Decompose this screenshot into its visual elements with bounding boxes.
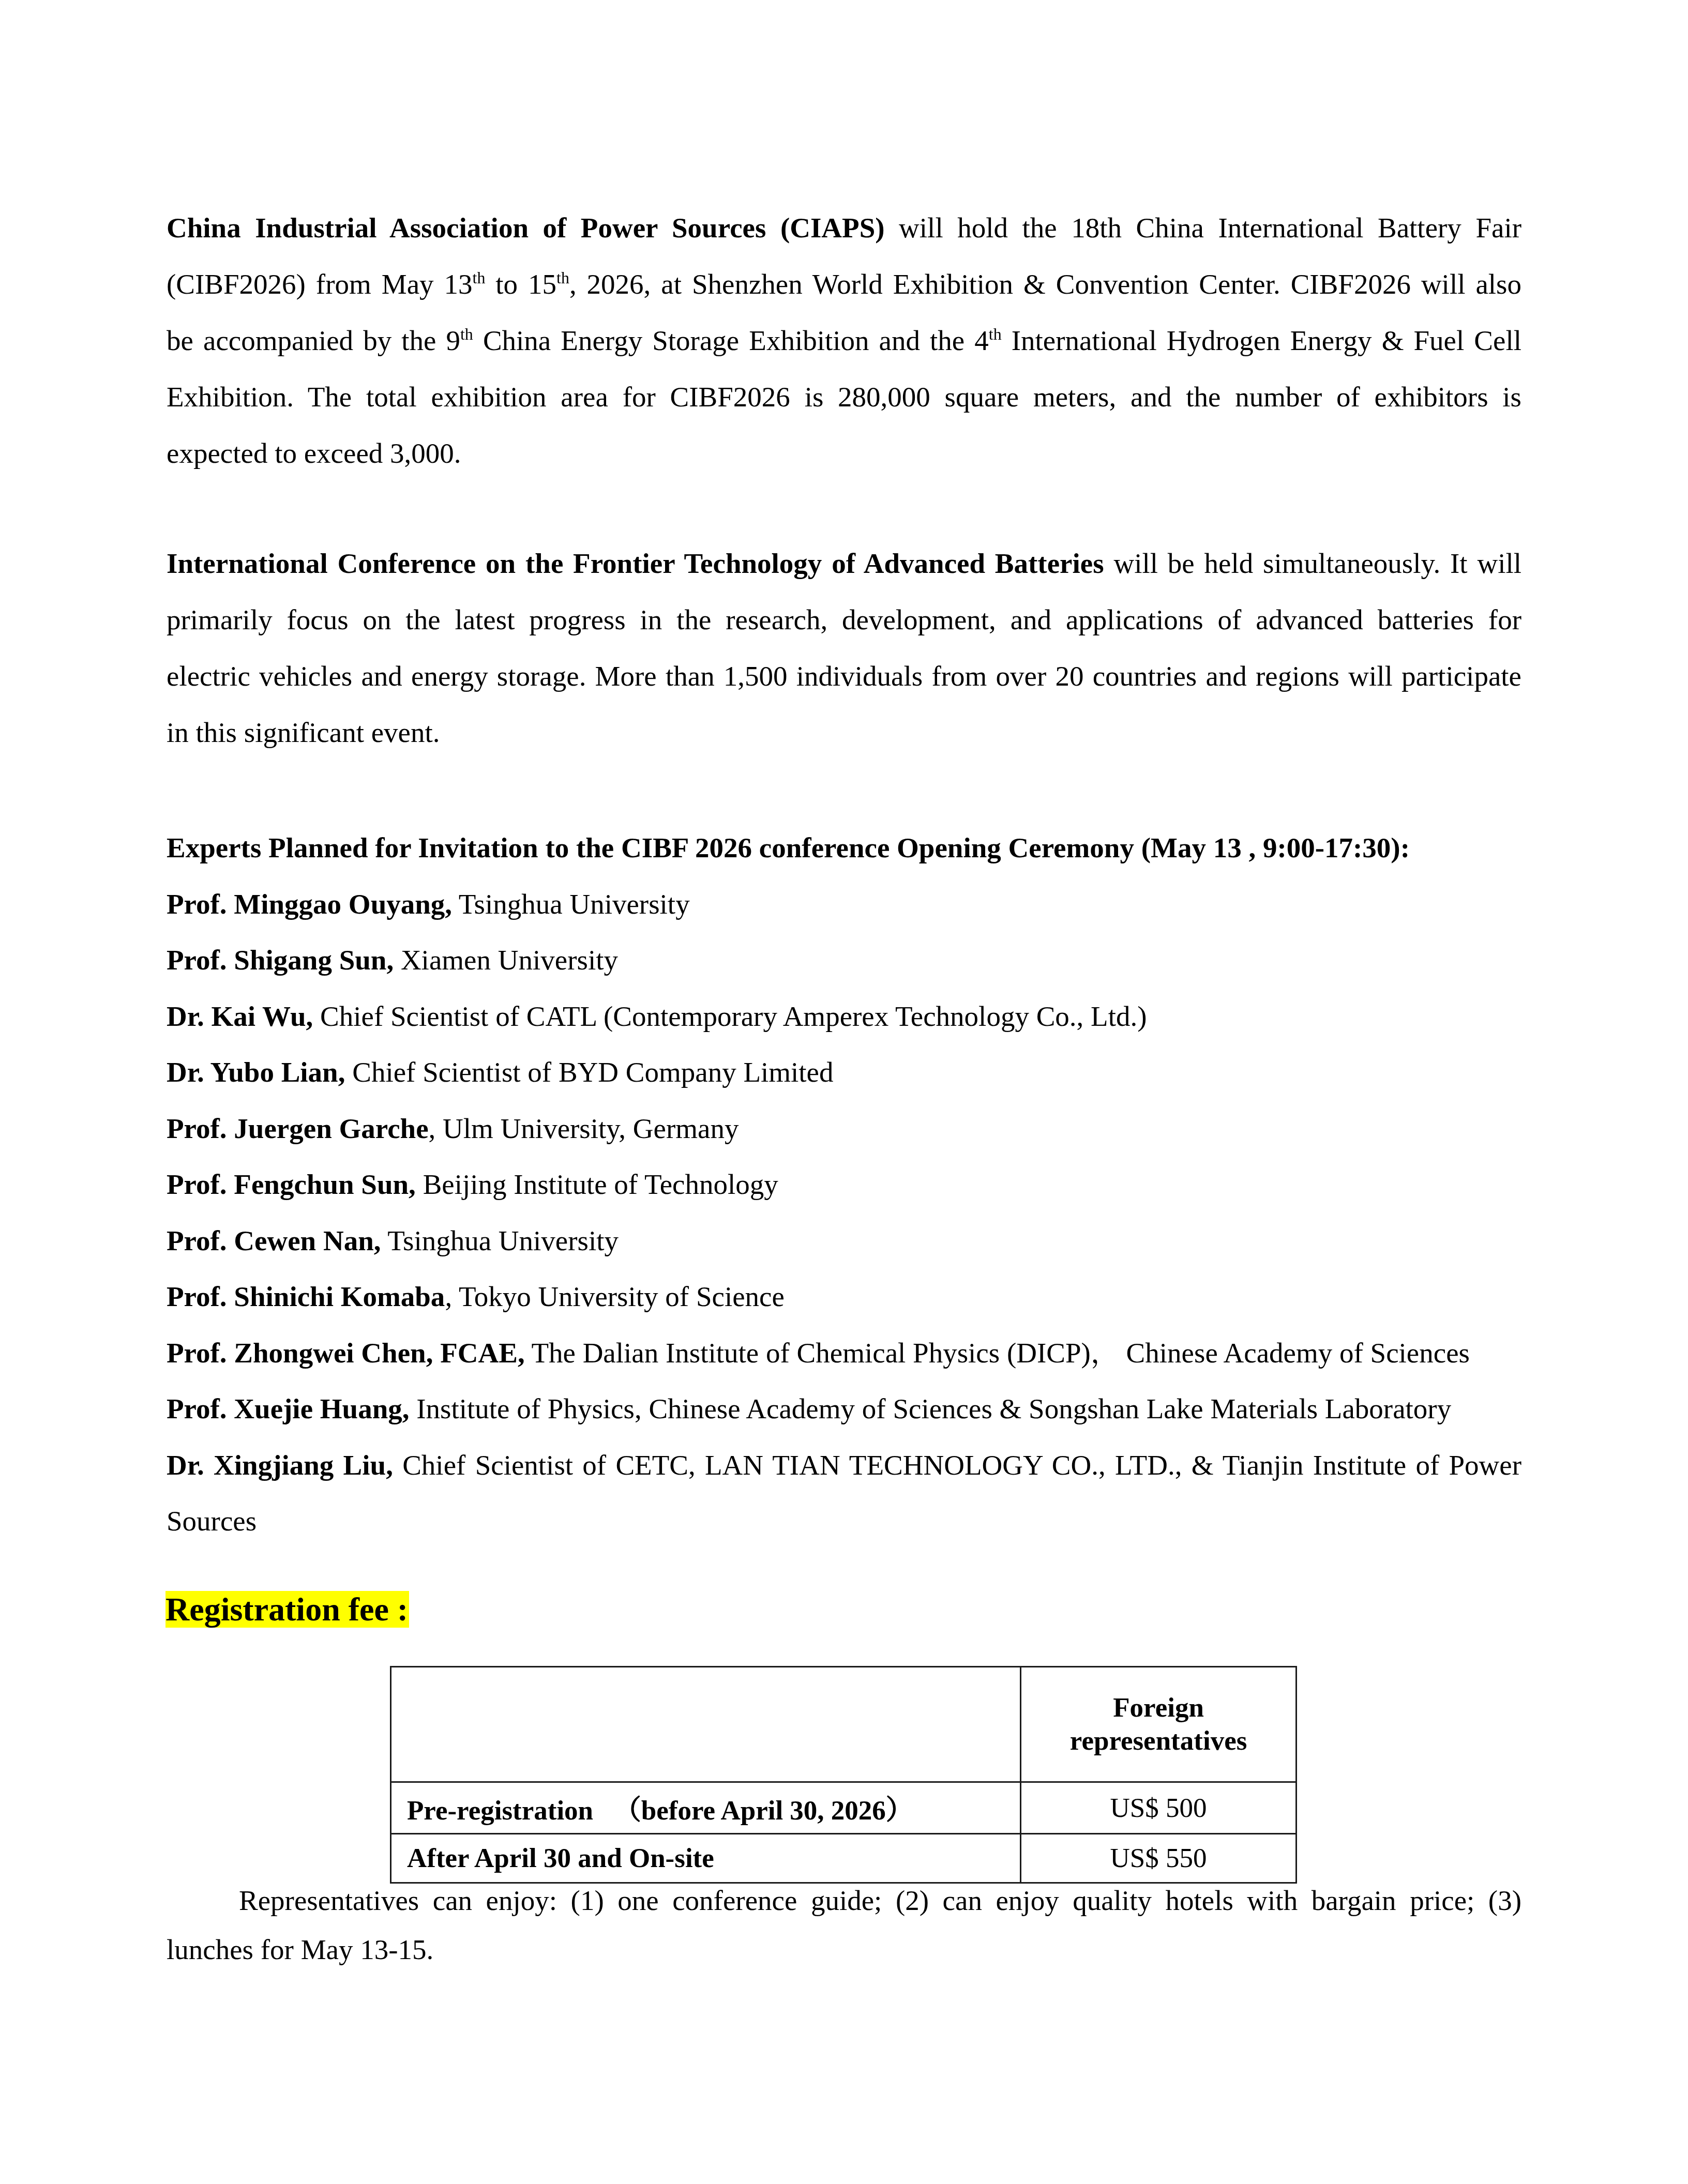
text: will hold the 18th China International B…: [885, 212, 1521, 244]
text: to 15: [485, 268, 556, 300]
registration-fee-highlight: Registration fee :: [165, 1591, 409, 1628]
text: be accompanied by the 9: [167, 325, 460, 356]
text-line: Prof. Minggao Ouyang, Tsinghua Universit…: [167, 876, 1521, 933]
bold-text: Prof. Xuejie Huang,: [167, 1393, 410, 1424]
text-line: Prof. Zhongwei Chen, FCAE, The Dalian In…: [167, 1325, 1521, 1382]
superscript: th: [556, 269, 569, 287]
text-line: Prof. Xuejie Huang, Institute of Physics…: [167, 1381, 1521, 1437]
text: primarily focus on the latest progress i…: [167, 604, 1521, 635]
text: The Dalian Institute of Chemical Physics…: [525, 1337, 1470, 1369]
registration-fee-table: Foreign representatives Pre-registration…: [390, 1666, 1297, 1884]
text-line: Dr. Yubo Lian, Chief Scientist of BYD Co…: [167, 1044, 1521, 1101]
benefits-paragraph: Representatives can enjoy: (1) one confe…: [167, 1876, 1521, 1974]
bold-text: International Conference on the Frontier…: [167, 548, 1104, 579]
text: , Tokyo University of Science: [445, 1281, 785, 1312]
document-page: China Industrial Association of Power So…: [0, 0, 1688, 2184]
registration-fee-heading: Registration fee :: [165, 1590, 409, 1629]
text-line: (CIBF2026) from May 13th to 15th, 2026, …: [167, 256, 1521, 312]
text: Tsinghua University: [452, 888, 690, 920]
table-header-row: Foreign representatives: [391, 1667, 1297, 1782]
bold-text: Dr. Kai Wu,: [167, 1000, 313, 1032]
text: Beijing Institute of Technology: [416, 1169, 778, 1200]
text-line: Exhibition. The total exhibition area fo…: [167, 369, 1521, 425]
text: Xiamen University: [394, 944, 618, 976]
conference-paragraph: International Conference on the Frontier…: [167, 535, 1521, 761]
text: Sources: [167, 1505, 257, 1537]
superscript: th: [460, 325, 473, 343]
text: China Energy Storage Exhibition and the …: [473, 325, 989, 356]
text-line: Prof. Cewen Nan, Tsinghua University: [167, 1213, 1521, 1269]
experts-heading: Experts Planned for Invitation to the CI…: [167, 820, 1521, 876]
bold-text: China Industrial Association of Power So…: [167, 212, 885, 244]
table-header-foreign-representatives: Foreign representatives: [1021, 1667, 1297, 1782]
text: will be held simultaneously. It will: [1104, 548, 1521, 579]
text: Exhibition. The total exhibition area fo…: [167, 381, 1521, 413]
bold-text: Prof. Juergen Garche: [167, 1113, 429, 1144]
text: Chief Scientist of CETC, LAN TIAN TECHNO…: [393, 1449, 1521, 1481]
text-line: be accompanied by the 9th China Energy S…: [167, 312, 1521, 369]
experts-section: Experts Planned for Invitation to the CI…: [167, 820, 1521, 1550]
text-line: Dr. Xingjiang Liu, Chief Scientist of CE…: [167, 1437, 1521, 1494]
text: Chief Scientist of BYD Company Limited: [345, 1056, 833, 1088]
text: in this significant event.: [167, 717, 440, 748]
superscript: th: [989, 325, 1002, 343]
bold-text: Prof. Zhongwei Chen, FCAE,: [167, 1337, 525, 1369]
text-line: Dr. Kai Wu, Chief Scientist of CATL (Con…: [167, 989, 1521, 1045]
bold-text: Prof. Cewen Nan,: [167, 1225, 381, 1256]
header-label: Foreign representatives: [1065, 1691, 1252, 1757]
bold-text: Prof. Minggao Ouyang,: [167, 888, 452, 920]
text-line: Prof. Shinichi Komaba, Tokyo University …: [167, 1269, 1521, 1325]
text: , Ulm University, Germany: [429, 1113, 739, 1144]
fee-period-label: Pre-registration （before April 30, 2026）: [391, 1782, 1021, 1834]
bold-text: Prof. Fengchun Sun,: [167, 1169, 416, 1200]
text-line: expected to exceed 3,000.: [167, 425, 1521, 481]
table-row: Pre-registration （before April 30, 2026）…: [391, 1782, 1297, 1834]
text: Institute of Physics, Chinese Academy of…: [410, 1393, 1452, 1424]
text-line: International Conference on the Frontier…: [167, 535, 1521, 591]
text: electric vehicles and energy storage. Mo…: [167, 660, 1521, 692]
text-line: Prof. Fengchun Sun, Beijing Institute of…: [167, 1157, 1521, 1213]
bold-text: Prof. Shinichi Komaba: [167, 1281, 445, 1312]
text-line: electric vehicles and energy storage. Mo…: [167, 648, 1521, 704]
text: International Hydrogen Energy & Fuel Cel…: [1002, 325, 1521, 356]
text: , 2026, at Shenzhen World Exhibition & C…: [569, 268, 1521, 300]
experts-list: Prof. Minggao Ouyang, Tsinghua Universit…: [167, 876, 1521, 1550]
benefits-line-2: lunches for May 13-15.: [167, 1925, 1521, 1974]
text-line: China Industrial Association of Power So…: [167, 200, 1521, 256]
text-line: Prof. Juergen Garche, Ulm University, Ge…: [167, 1101, 1521, 1157]
text-line: Sources: [167, 1493, 1521, 1550]
text: Tsinghua University: [381, 1225, 619, 1256]
text-line: Prof. Shigang Sun, Xiamen University: [167, 932, 1521, 989]
text-line: in this significant event.: [167, 704, 1521, 761]
intro-paragraph: China Industrial Association of Power So…: [167, 200, 1521, 481]
text: Chief Scientist of CATL (Contemporary Am…: [313, 1000, 1147, 1032]
benefits-line-1: Representatives can enjoy: (1) one confe…: [167, 1876, 1521, 1925]
bold-text: Dr. Yubo Lian,: [167, 1056, 345, 1088]
superscript: th: [473, 269, 486, 287]
bold-text: Prof. Shigang Sun,: [167, 944, 394, 976]
bold-text: Dr. Xingjiang Liu,: [167, 1449, 393, 1481]
text-line: primarily focus on the latest progress i…: [167, 591, 1521, 648]
fee-amount: US$ 500: [1021, 1782, 1297, 1834]
text: (CIBF2026) from May 13: [167, 268, 473, 300]
text: expected to exceed 3,000.: [167, 437, 461, 469]
table-header-empty: [391, 1667, 1021, 1782]
